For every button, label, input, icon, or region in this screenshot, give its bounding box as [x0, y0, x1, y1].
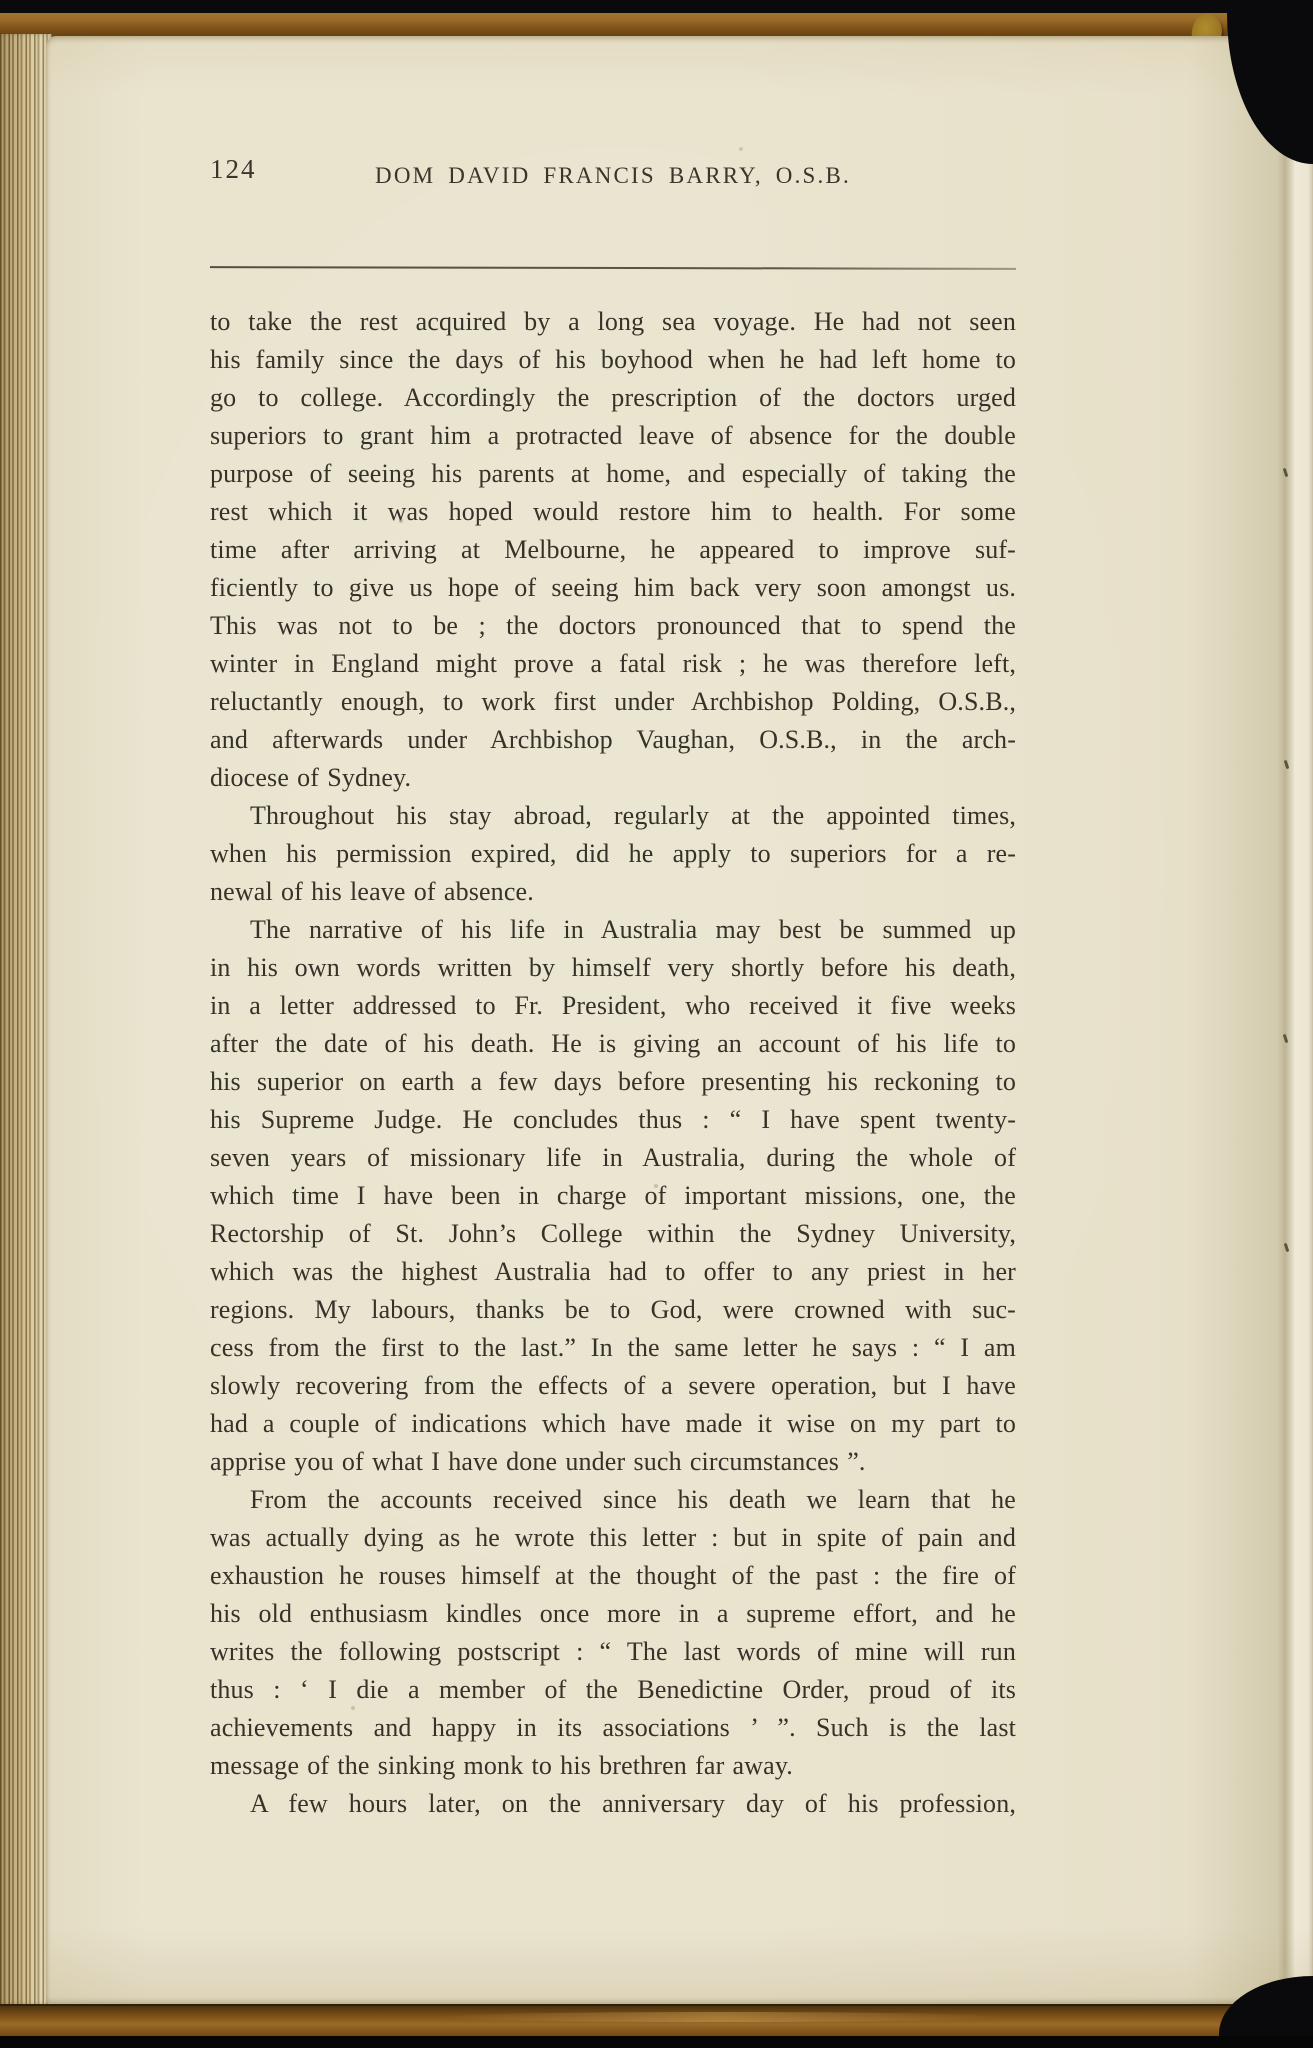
- text-line: diocese of Sydney.: [210, 759, 1016, 797]
- text-line: which was the highest Australia had to o…: [210, 1253, 1016, 1291]
- text-line: seven years of missionary life in Austra…: [210, 1139, 1016, 1177]
- text-line: Rectorship of St. John’s College within …: [210, 1215, 1016, 1253]
- paragraph: to take the rest acquired by a long sea …: [210, 303, 1016, 797]
- text-line: This was not to be ; the doctors pronoun…: [210, 607, 1016, 645]
- text-line: message of the sinking monk to his breth…: [210, 1747, 1016, 1785]
- text-line: to take the rest acquired by a long sea …: [210, 303, 1016, 341]
- text-line: his old enthusiasm kindles once more in …: [210, 1595, 1016, 1633]
- text-line: cess from the first to the last.” In the…: [210, 1329, 1016, 1367]
- cover-black-base: [0, 2036, 1313, 2048]
- text-line: rest which it was hoped would restore hi…: [210, 493, 1016, 531]
- book-photo: 124 DOM DAVID FRANCIS BARRY, O.S.B. to t…: [0, 0, 1313, 2048]
- paragraph: A few hours later, on the anniversary da…: [210, 1785, 1016, 1823]
- text-line: was actually dying as he wrote this lett…: [210, 1519, 1016, 1557]
- text-line: reluctantly enough, to work first under …: [210, 683, 1016, 721]
- text-line: slowly recovering from the effects of a …: [210, 1367, 1016, 1405]
- text-line: newal of his leave of absence.: [210, 873, 1016, 911]
- text-line: exhaustion he rouses himself at the thou…: [210, 1557, 1016, 1595]
- text-line: winter in England might prove a fatal ri…: [210, 645, 1016, 683]
- stacked-page-fore-edges: [0, 34, 52, 2004]
- text-line: his superior on earth a few days before …: [210, 1063, 1016, 1101]
- text-line: and afterwards under Archbishop Vaughan,…: [210, 721, 1016, 759]
- text-line: ficiently to give us hope of seeing him …: [210, 569, 1016, 607]
- paragraph: Throughout his stay abroad, regularly at…: [210, 797, 1016, 911]
- text-line: go to college. Accordingly the prescript…: [210, 379, 1016, 417]
- text-line: time after arriving at Melbourne, he app…: [210, 531, 1016, 569]
- leather-highlight: [440, 2012, 1000, 2022]
- text-line: writes the following postscript : “ The …: [210, 1633, 1016, 1671]
- text-line: From the accounts received since his dea…: [210, 1481, 1016, 1519]
- text-line: had a couple of indications which have m…: [210, 1405, 1016, 1443]
- paragraph: From the accounts received since his dea…: [210, 1481, 1016, 1785]
- text-line: superiors to grant him a protracted leav…: [210, 417, 1016, 455]
- paper-specks: [0, 0, 2, 2]
- text-line: The narrative of his life in Australia m…: [210, 911, 1016, 949]
- text-line: after the date of his death. He is givin…: [210, 1025, 1016, 1063]
- body-text: to take the rest acquired by a long sea …: [210, 303, 1016, 1823]
- text-line: A few hours later, on the anniversary da…: [210, 1785, 1016, 1823]
- text-line: when his permission expired, did he appl…: [210, 835, 1016, 873]
- text-line: purpose of seeing his parents at home, a…: [210, 455, 1016, 493]
- printed-content: 124 DOM DAVID FRANCIS BARRY, O.S.B. to t…: [210, 150, 1016, 192]
- text-line: apprise you of what I have done under su…: [210, 1443, 1016, 1481]
- text-line: thus : ‘ I die a member of the Benedicti…: [210, 1671, 1016, 1709]
- text-line: his family since the days of his boyhood…: [210, 341, 1016, 379]
- text-line: in a letter addressed to Fr. President, …: [210, 987, 1016, 1025]
- running-title: DOM DAVID FRANCIS BARRY, O.S.B.: [210, 163, 1016, 189]
- text-line: regions. My labours, thanks be to God, w…: [210, 1291, 1016, 1329]
- paragraph: The narrative of his life in Australia m…: [210, 911, 1016, 1481]
- text-line: achievements and happy in its associatio…: [210, 1709, 1016, 1747]
- page-header: 124 DOM DAVID FRANCIS BARRY, O.S.B.: [210, 150, 1016, 192]
- text-line: Throughout his stay abroad, regularly at…: [210, 797, 1016, 835]
- text-line: his Supreme Judge. He concludes thus : “…: [210, 1101, 1016, 1139]
- text-line: which time I have been in charge of impo…: [210, 1177, 1016, 1215]
- text-line: in his own words written by himself very…: [210, 949, 1016, 987]
